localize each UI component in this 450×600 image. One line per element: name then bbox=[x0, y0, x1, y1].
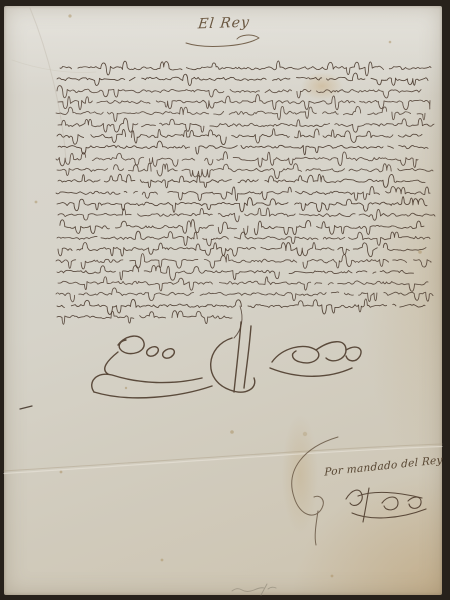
script-line bbox=[57, 311, 232, 325]
script-line bbox=[58, 242, 426, 256]
script-line bbox=[60, 61, 431, 76]
script-line bbox=[57, 231, 430, 246]
foxing-spots bbox=[35, 14, 422, 577]
script-line bbox=[56, 152, 418, 168]
script-line bbox=[58, 174, 425, 188]
handwriting-layer bbox=[0, 0, 450, 600]
secretary-signature-rubric bbox=[346, 488, 426, 522]
script-line bbox=[56, 106, 425, 121]
script-line bbox=[57, 197, 427, 213]
script-line bbox=[57, 129, 422, 145]
script-line bbox=[57, 265, 421, 280]
script-line bbox=[58, 95, 430, 110]
script-line bbox=[58, 141, 428, 155]
heading-flourish bbox=[186, 35, 259, 46]
script-line bbox=[57, 163, 433, 178]
script-line bbox=[58, 208, 435, 222]
scanned-document-photo: El Rey Por mandado del Rey bbox=[0, 0, 450, 600]
script-line bbox=[57, 86, 421, 98]
script-line bbox=[56, 186, 430, 200]
script-line bbox=[57, 73, 428, 86]
body-text-lines bbox=[56, 61, 435, 324]
script-line bbox=[56, 288, 433, 302]
script-line bbox=[58, 277, 428, 292]
ink-dash-left-margin bbox=[20, 406, 32, 409]
document-heading: El Rey bbox=[197, 14, 279, 33]
pencil-annotation bbox=[232, 584, 276, 595]
royal-signature-rubric bbox=[92, 322, 361, 398]
